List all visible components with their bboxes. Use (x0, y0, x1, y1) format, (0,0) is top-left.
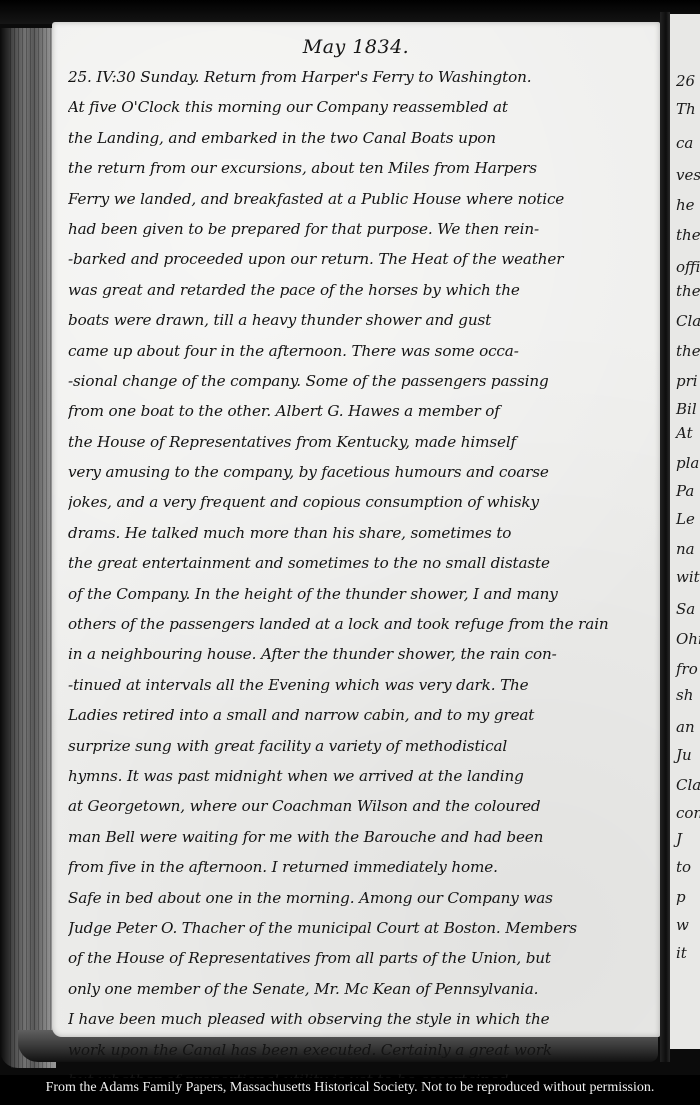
adjacent-page-fragment: the (676, 342, 700, 360)
adjacent-page-fragment: the (676, 282, 700, 300)
manuscript-line: 25. IV:30 Sunday. Return from Harper's F… (68, 62, 658, 92)
adjacent-page-fragment: J (676, 830, 682, 848)
adjacent-page-fragment: fro (676, 660, 698, 678)
diary-page: May 1834. 25. IV:30 Sunday. Return from … (52, 22, 660, 1037)
manuscript-line: the great entertainment and sometimes to… (68, 548, 658, 578)
manuscript-line: very amusing to the company, by facetiou… (68, 457, 658, 487)
manuscript-line: the House of Representatives from Kentuc… (68, 427, 658, 457)
adjacent-page-fragment: Ju (676, 746, 692, 764)
manuscript-line: the return from our excursions, about te… (68, 153, 658, 183)
adjacent-page-fragment: w (676, 916, 689, 934)
adjacent-page-fragment: wit (676, 568, 700, 586)
adjacent-page-fragment: Le (676, 510, 695, 528)
adjacent-page-fragment: pri (676, 372, 698, 390)
adjacent-page-fragment: 26 (676, 72, 695, 90)
manuscript-line: Judge Peter O. Thacher of the municipal … (68, 913, 658, 943)
manuscript-line: Ladies retired into a small and narrow c… (68, 700, 658, 730)
adjacent-page-fragment: Sa (676, 600, 695, 618)
adjacent-page-fragment: p (676, 888, 686, 906)
manuscript-line: at Georgetown, where our Coachman Wilson… (68, 791, 658, 821)
adjacent-page-fragment: Bil (676, 400, 697, 418)
adjacent-page-fragment: ves (676, 166, 700, 184)
manuscript-scan: May 1834. 25. IV:30 Sunday. Return from … (0, 0, 700, 1075)
page-heading: May 1834. (52, 36, 660, 58)
manuscript-line: I have been much pleased with observing … (68, 1004, 658, 1034)
manuscript-line: man Bell were waiting for me with the Ba… (68, 822, 658, 852)
manuscript-line: of the House of Representatives from all… (68, 943, 658, 973)
manuscript-line: the Landing, and embarked in the two Can… (68, 123, 658, 153)
manuscript-line: Safe in bed about one in the morning. Am… (68, 883, 658, 913)
diary-entry-text: 25. IV:30 Sunday. Return from Harper's F… (68, 62, 658, 1095)
adjacent-page-fragment: Cla (676, 312, 700, 330)
manuscript-line: others of the passengers landed at a loc… (68, 609, 658, 639)
manuscript-line: only one member of the Senate, Mr. Mc Ke… (68, 974, 658, 1004)
scan-top-shadow (0, 0, 700, 24)
manuscript-line: from one boat to the other. Albert G. Ha… (68, 396, 658, 426)
adjacent-page-fragment: na (676, 540, 695, 558)
adjacent-page-fragment: Pa (676, 482, 694, 500)
adjacent-page-fragment: Cla (676, 776, 700, 794)
book-page-edges (0, 28, 56, 1068)
manuscript-line: -tinued at intervals all the Evening whi… (68, 670, 658, 700)
manuscript-line: was great and retarded the pace of the h… (68, 275, 658, 305)
adjacent-page-fragment: an (676, 718, 695, 736)
manuscript-line: Ferry we landed, and breakfasted at a Pu… (68, 184, 658, 214)
adjacent-page-fragment: con (676, 804, 700, 822)
adjacent-page-fragment: he (676, 196, 695, 214)
manuscript-line: in a neighbouring house. After the thund… (68, 639, 658, 669)
adjacent-page-sliver: 26ThcaveshetheoffitheClathepriBilAtplaPa… (670, 14, 700, 1049)
adjacent-page-fragment: sh (676, 686, 693, 704)
adjacent-page-fragment: ca (676, 134, 693, 152)
manuscript-line: drams. He talked much more than his shar… (68, 518, 658, 548)
adjacent-page-fragment: offi (676, 258, 700, 276)
adjacent-page-fragment: it (676, 944, 687, 962)
manuscript-line: At five O'Clock this morning our Company… (68, 92, 658, 122)
adjacent-page-fragment: to (676, 858, 691, 876)
adjacent-page-fragment: Th (676, 100, 696, 118)
manuscript-line: -barked and proceeded upon our return. T… (68, 244, 658, 274)
adjacent-page-fragment: Ohi (676, 630, 700, 648)
adjacent-page-fragment: pla (676, 454, 699, 472)
manuscript-line: work upon the Canal has been executed. C… (68, 1035, 658, 1065)
manuscript-line: -sional change of the company. Some of t… (68, 366, 658, 396)
manuscript-line: surprize sung with great facility a vari… (68, 731, 658, 761)
book-gutter (660, 12, 670, 1062)
manuscript-line: came up about four in the afternoon. The… (68, 336, 658, 366)
manuscript-line: had been given to be prepared for that p… (68, 214, 658, 244)
copyright-footer: From the Adams Family Papers, Massachuse… (0, 1078, 700, 1105)
manuscript-line: jokes, and a very frequent and copious c… (68, 487, 658, 517)
adjacent-page-fragment: the (676, 226, 700, 244)
manuscript-line: of the Company. In the height of the thu… (68, 579, 658, 609)
manuscript-line: from five in the afternoon. I returned i… (68, 852, 658, 882)
adjacent-page-fragment: At (676, 424, 693, 442)
manuscript-line: hymns. It was past midnight when we arri… (68, 761, 658, 791)
manuscript-line: boats were drawn, till a heavy thunder s… (68, 305, 658, 335)
